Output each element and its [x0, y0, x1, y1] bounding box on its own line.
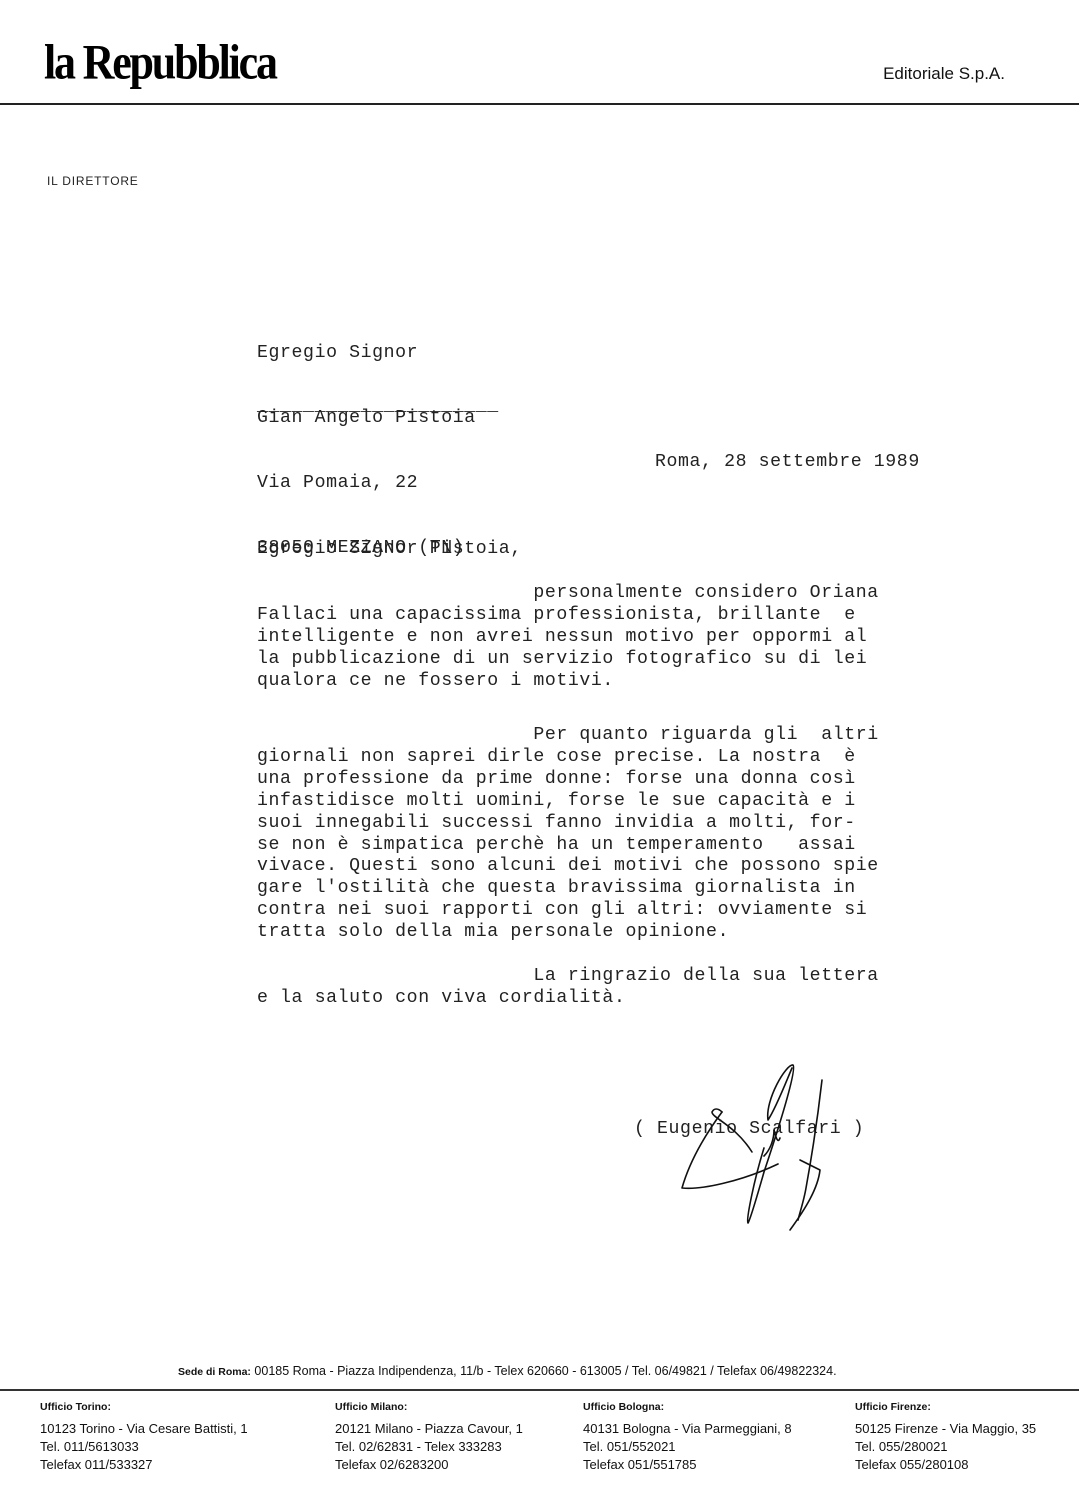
office-label: Ufficio Torino: — [40, 1398, 248, 1416]
address-underline: _____________________ — [257, 396, 499, 416]
recipient-line: Egregio Signor — [257, 343, 476, 365]
office-label: Ufficio Bologna: — [583, 1398, 792, 1416]
paragraph-3: La ringrazio della sua letterae la salut… — [257, 966, 879, 1010]
recipient-line: Via Pomaia, 22 — [257, 473, 476, 495]
office-address: 40131 Bologna - Via Parmeggiani, 8 — [583, 1420, 792, 1438]
letter-line: personalmente considero Oriana — [257, 583, 879, 605]
salutation: Egregio Signor Pistoia, — [257, 539, 522, 561]
letter-line: contra nei suoi rapporti con gli altri: … — [257, 900, 879, 922]
newspaper-logo: la Repubblica — [44, 38, 276, 87]
footer-divider — [0, 1389, 1079, 1391]
letter-line: la pubblicazione di un servizio fotograf… — [257, 649, 879, 671]
office-torino: Ufficio Torino: 10123 Torino - Via Cesar… — [40, 1398, 248, 1474]
paragraph-1: personalmente considero OrianaFallaci un… — [257, 583, 879, 693]
office-label: Ufficio Milano: — [335, 1398, 523, 1416]
letter-line: Fallaci una capacissima professionista, … — [257, 605, 879, 627]
office-address: 20121 Milano - Piazza Cavour, 1 — [335, 1420, 523, 1438]
office-fax: Telefax 02/6283200 — [335, 1456, 523, 1474]
letter-line: tratta solo della mia personale opinione… — [257, 922, 879, 944]
office-bologna: Ufficio Bologna: 40131 Bologna - Via Par… — [583, 1398, 792, 1474]
office-address: 10123 Torino - Via Cesare Battisti, 1 — [40, 1420, 248, 1438]
office-phone: Tel. 055/280021 — [855, 1438, 1036, 1456]
letter-line: Per quanto riguarda gli altri — [257, 725, 879, 747]
paragraph-2: Per quanto riguarda gli altrigiornali no… — [257, 725, 879, 944]
office-address: 50125 Firenze - Via Maggio, 35 — [855, 1420, 1036, 1438]
office-milano: Ufficio Milano: 20121 Milano - Piazza Ca… — [335, 1398, 523, 1474]
letter-line: giornali non saprei dirle cose precise. … — [257, 747, 879, 769]
letter-line: vivace. Questi sono alcuni dei motivi ch… — [257, 856, 879, 878]
header-divider — [0, 103, 1079, 105]
headquarters-address: Sede di Roma: 00185 Roma - Piazza Indipe… — [178, 1364, 837, 1378]
sender-title: IL DIRETTORE — [47, 174, 139, 188]
office-firenze: Ufficio Firenze: 50125 Firenze - Via Mag… — [855, 1398, 1036, 1474]
letter-line: se non è simpatica perchè ha un temperam… — [257, 835, 879, 857]
office-label: Ufficio Firenze: — [855, 1398, 1036, 1416]
office-fax: Telefax 051/551785 — [583, 1456, 792, 1474]
letter-line: suoi innegabili successi fanno invidia a… — [257, 813, 879, 835]
letter-date: Roma, 28 settembre 1989 — [655, 452, 920, 472]
office-fax: Telefax 011/533327 — [40, 1456, 248, 1474]
letter-line: infastidisce molti uomini, forse le sue … — [257, 791, 879, 813]
letter-line: qualora ce ne fossero i motivi. — [257, 671, 879, 693]
letter-line: La ringrazio della sua lettera — [257, 966, 879, 988]
office-fax: Telefax 055/280108 — [855, 1456, 1036, 1474]
handwritten-signature — [660, 1060, 840, 1235]
office-phone: Tel. 02/62831 - Telex 333283 — [335, 1438, 523, 1456]
company-name: Editoriale S.p.A. — [883, 64, 1005, 84]
headquarters-label: Sede di Roma: — [178, 1366, 251, 1378]
office-phone: Tel. 051/552021 — [583, 1438, 792, 1456]
letter-line: e la saluto con viva cordialità. — [257, 988, 879, 1010]
office-phone: Tel. 011/5613033 — [40, 1438, 248, 1456]
letter-line: gare l'ostilità che questa bravissima gi… — [257, 878, 879, 900]
headquarters-details: 00185 Roma - Piazza Indipendenza, 11/b -… — [251, 1364, 837, 1378]
letter-line: una professione da prime donne: forse un… — [257, 769, 879, 791]
letter-line: intelligente e non avrei nessun motivo p… — [257, 627, 879, 649]
